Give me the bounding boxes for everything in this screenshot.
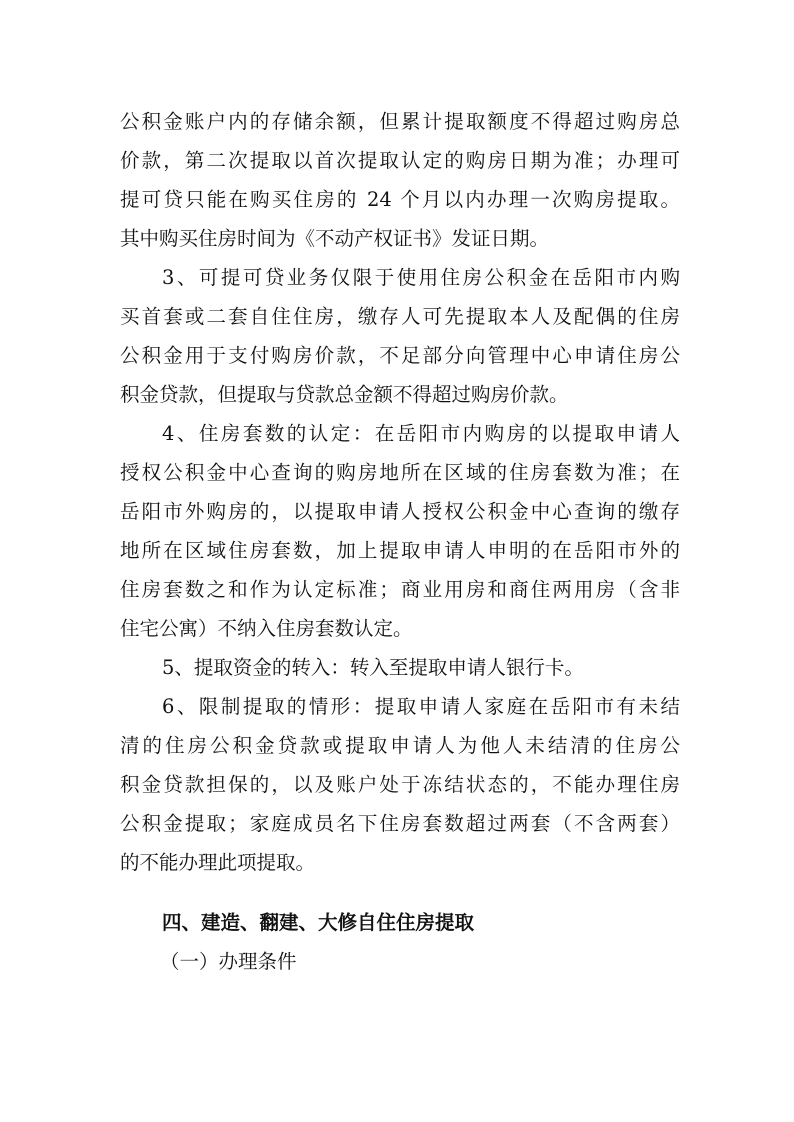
paragraph-line: 其中购买住房时间为《不动产权证书》发证日期。 [120,227,680,251]
item-4-line: 4、住房套数的认定：在岳阳市内购房的以提取申请人 [162,422,680,446]
paragraph-line: 公积金账户内的存储余额，但累计提取额度不得超过购房总 [120,110,680,134]
paragraph-line: 提可贷只能在购买住房的 24 个月以内办理一次购房提取。 [120,188,680,212]
section-heading: 四、建造、翻建、大修自住住房提取 [162,911,474,935]
subsection-heading: （一）办理条件 [160,950,297,974]
item-6-line: 公积金提取；家庭成员名下住房套数超过两套（不含两套） [120,812,680,836]
item-4-line: 地所在区域住房套数，加上提取申请人申明的在岳阳市外的 [120,539,680,563]
item-6-line: 清的住房公积金贷款或提取申请人为他人未结清的住房公 [120,734,680,758]
document-page: 公积金账户内的存储余额，但累计提取额度不得超过购房总 价款，第二次提取以首次提取… [0,0,794,1122]
item-3-line: 3、可提可贷业务仅限于使用住房公积金在岳阳市内购 [162,266,680,290]
item-4-line: 岳阳市外购房的，以提取申请人授权公积金中心查询的缴存 [120,500,680,524]
item-3-line: 买首套或二套自住住房，缴存人可先提取本人及配偶的住房 [120,305,680,329]
item-3-line: 积金贷款，但提取与贷款总金额不得超过购房价款。 [120,383,680,407]
item-6-line: 积金贷款担保的，以及账户处于冻结状态的，不能办理住房 [120,773,680,797]
item-5-line: 5、提取资金的转入：转入至提取申请人银行卡。 [162,656,680,680]
item-4-line: 住宅公寓）不纳入住房套数认定。 [120,617,680,641]
paragraph-line: 价款，第二次提取以首次提取认定的购房日期为准；办理可 [120,149,680,173]
item-6-line: 的不能办理此项提取。 [120,851,680,875]
item-4-line: 住房套数之和作为认定标准；商业用房和商住两用房（含非 [120,578,680,602]
item-6-line: 6、限制提取的情形：提取申请人家庭在岳阳市有未结 [162,695,680,719]
item-3-line: 公积金用于支付购房价款，不足部分向管理中心申请住房公 [120,344,680,368]
item-4-line: 授权公积金中心查询的购房地所在区域的住房套数为准；在 [120,461,680,485]
